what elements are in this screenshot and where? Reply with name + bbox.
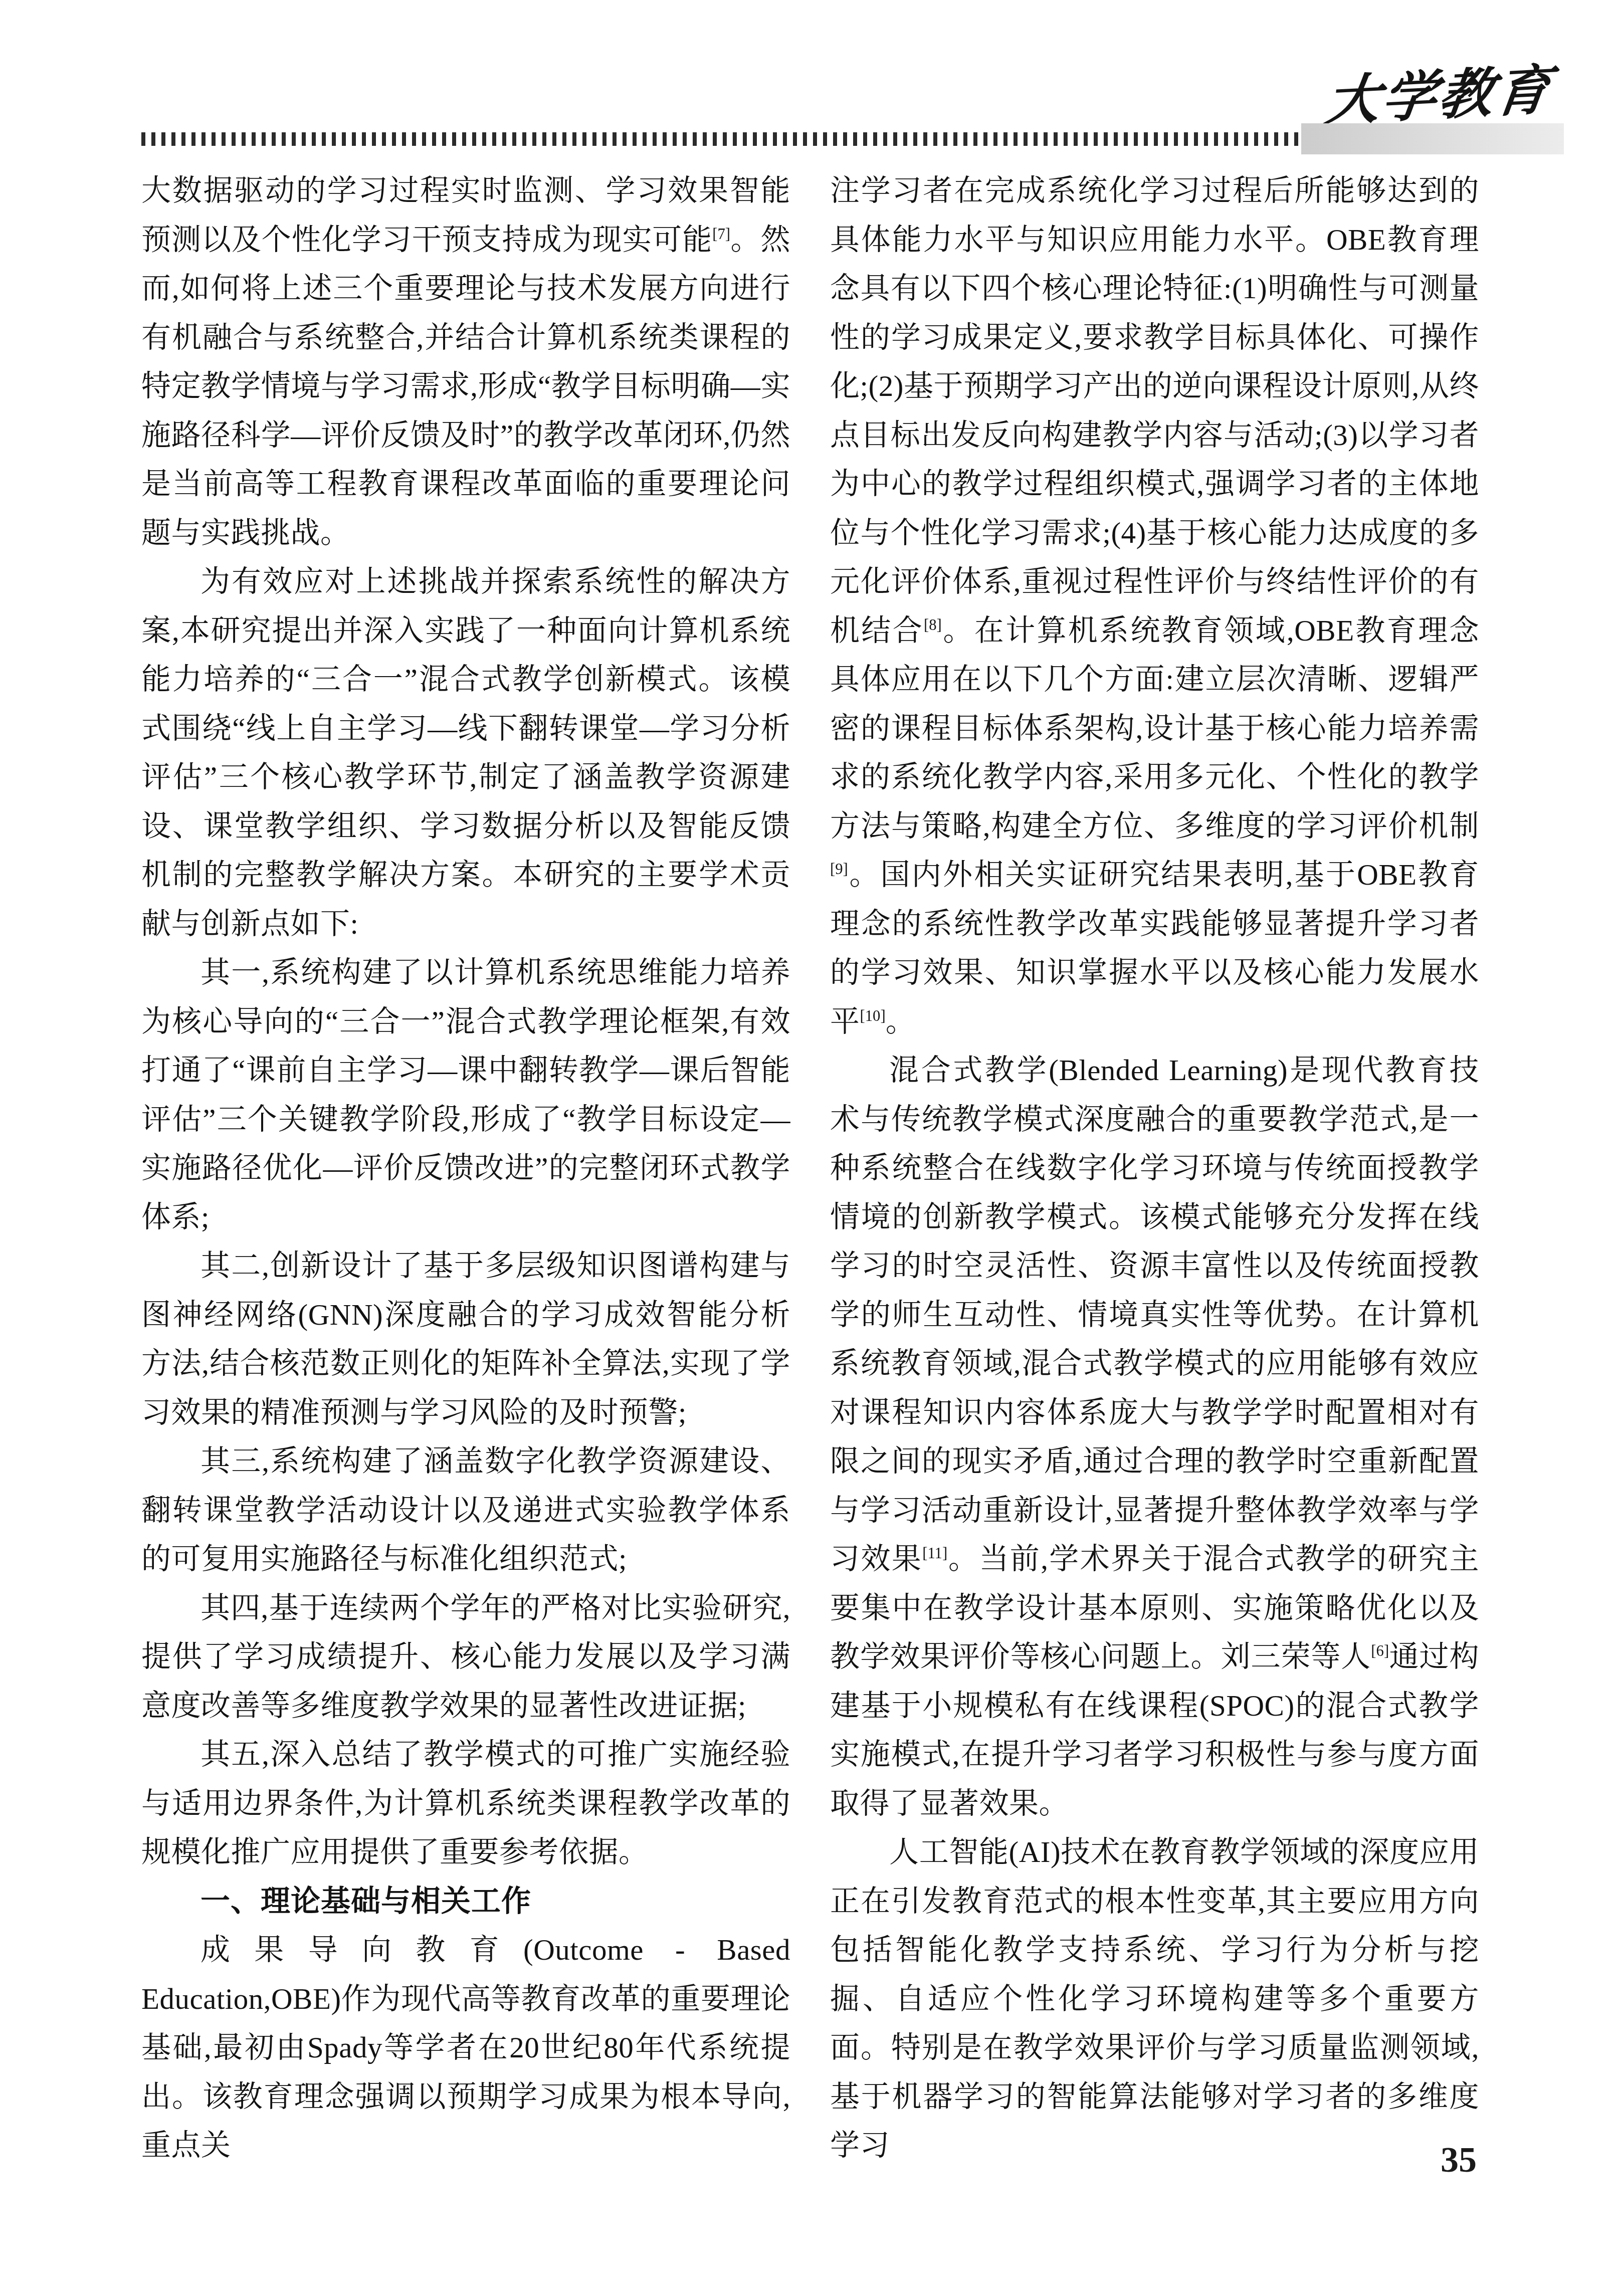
paragraph: 其二,创新设计了基于多层级知识图谱构建与图神经网络(GNN)深度融合的学习成效智… [141,1241,790,1437]
paragraph: 其四,基于连续两个学年的严格对比实验研究,提供了学习成绩提升、核心能力发展以及学… [141,1584,790,1731]
paragraph: 为有效应对上述挑战并探索系统性的解决方案,本研究提出并深入实践了一种面向计算机系… [141,557,790,948]
section-heading: 一、理论基础与相关工作 [141,1877,790,1926]
column-right: 注学习者在完成系统化学习过程后所能够达到的具体能力水平与知识应用能力水平。OBE… [830,166,1479,2170]
page: 大学教育 大数据驱动的学习过程实时监测、学习效果智能预测以及个性化学习干预支持成… [0,0,1614,2296]
paragraph: 人工智能(AI)技术在教育教学领域的深度应用正在引发教育范式的根本性变革,其主要… [830,1828,1479,2170]
reference-marker: [9] [830,861,848,878]
paragraph: 注学习者在完成系统化学习过程后所能够达到的具体能力水平与知识应用能力水平。OBE… [830,166,1479,1046]
paragraph: 其五,深入总结了教学模式的可推广实施经验与适用边界条件,为计算机系统类课程教学改… [141,1730,790,1877]
paragraph: 其三,系统构建了涵盖数字化教学资源建设、翻转课堂教学活动设计以及递进式实验教学体… [141,1437,790,1584]
paragraph: 混合式教学(Blended Learning)是现代教育技术与传统教学模式深度融… [830,1046,1479,1828]
column-left: 大数据驱动的学习过程实时监测、学习效果智能预测以及个性化学习干预支持成为现实可能… [141,166,790,2170]
page-number: 35 [1398,2139,1519,2181]
paragraph: 成果导向教育(Outcome - Based Education,OBE)作为现… [141,1926,790,2170]
paragraph: 大数据驱动的学习过程实时监测、学习效果智能预测以及个性化学习干预支持成为现实可能… [141,166,790,557]
reference-marker: [10] [860,1007,886,1024]
reference-marker: [6] [1371,1642,1389,1659]
reference-marker: [11] [922,1545,947,1562]
reference-marker: [8] [924,616,942,634]
reference-marker: [7] [712,226,730,243]
header-dotted-rule [141,132,1301,146]
paragraph: 其一,系统构建了以计算机系统思维能力培养为核心导向的“三合一”混合式教学理论框架… [141,948,790,1241]
header-accent-bar [1301,123,1564,154]
